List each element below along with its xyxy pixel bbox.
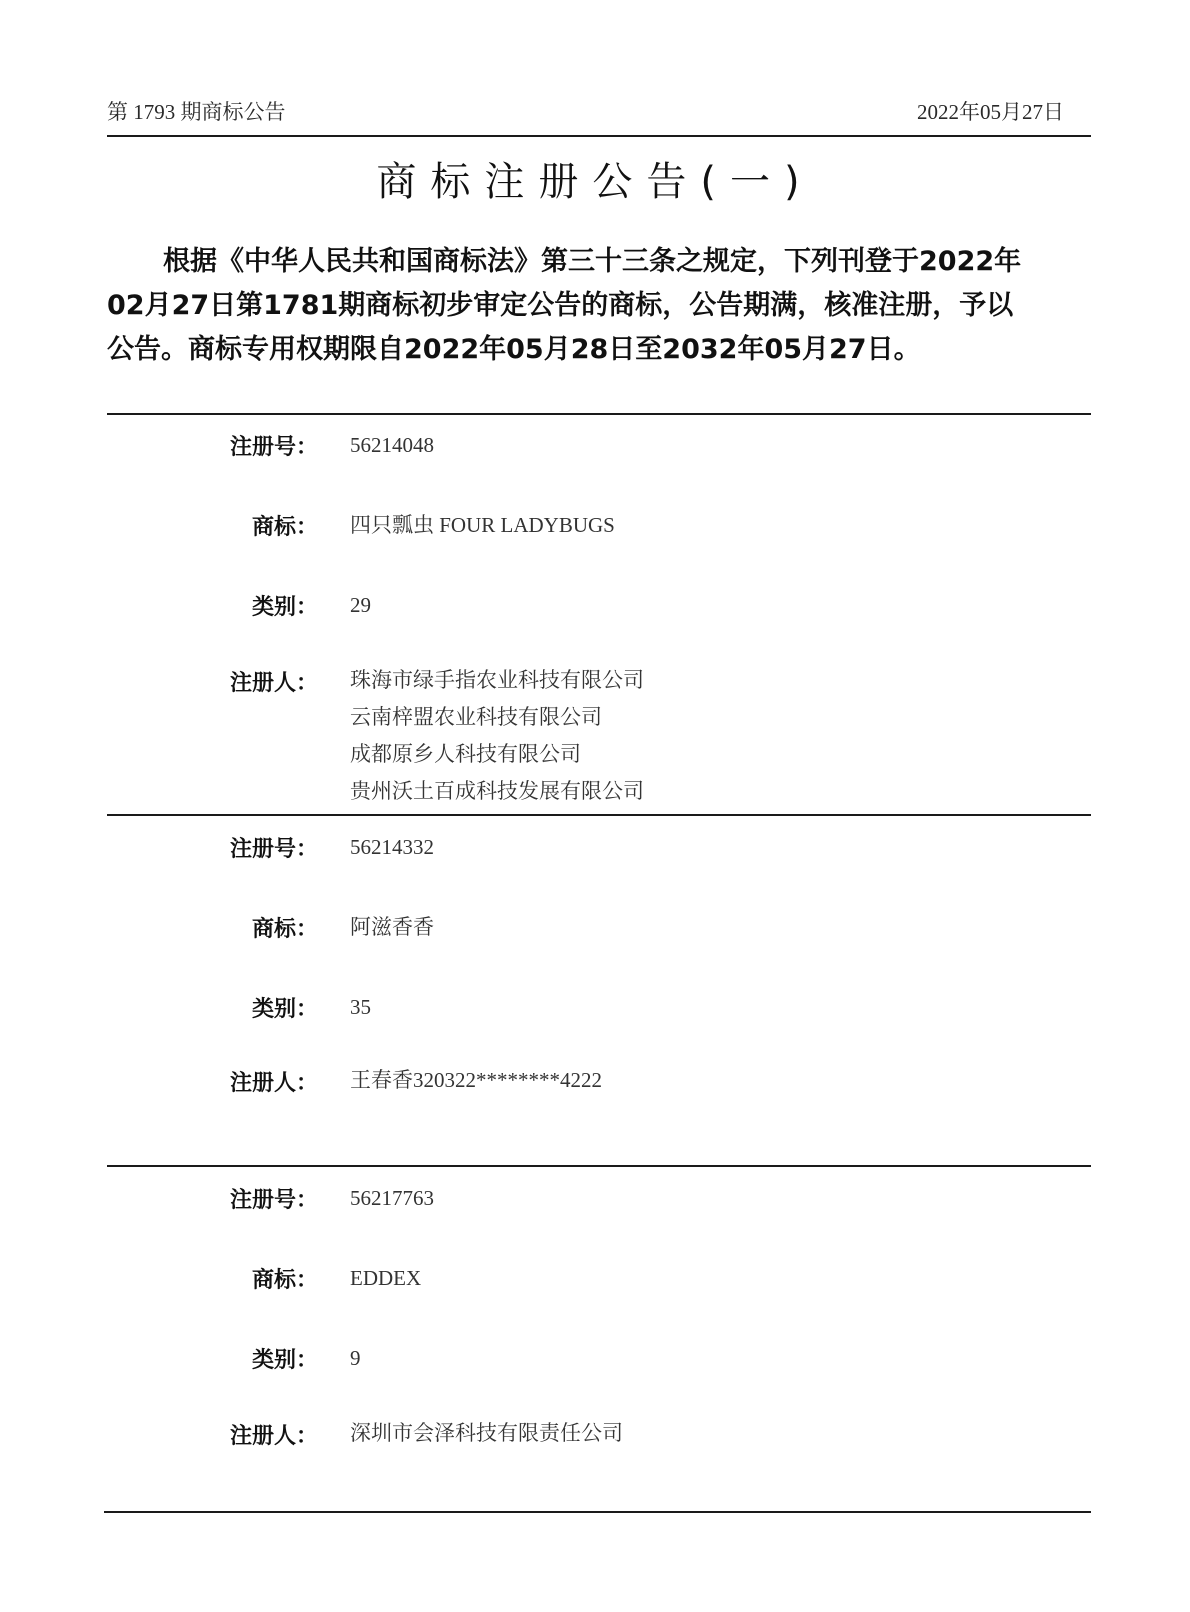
registrant-name: 珠海市绿手指农业科技有限公司: [350, 662, 644, 699]
registrant-name: 深圳市会泽科技有限责任公司: [350, 1415, 623, 1452]
class-value: 29: [350, 587, 371, 624]
reg-no-label: 注册号：: [168, 832, 318, 863]
intro-line-3: 公告。商标专用权期限自2022年05月28日至2032年05月27日。: [107, 328, 1091, 372]
header-divider: [107, 135, 1091, 137]
page-bottom-divider: [104, 1511, 1091, 1513]
intro-line-2: 02月27日第1781期商标初步审定公告的商标，公告期满，核准注册，予以: [107, 284, 1091, 328]
reg-no-value: 56217763: [350, 1180, 434, 1217]
entry-divider: [107, 1165, 1091, 1167]
reg-no-value: 56214048: [350, 427, 434, 464]
intro-line-1: 根据《中华人民共和国商标法》第三十三条之规定，下列刊登于2022年: [107, 240, 1091, 284]
intro-paragraph: 根据《中华人民共和国商标法》第三十三条之规定，下列刊登于2022年 02月27日…: [107, 240, 1091, 372]
registrant-label: 注册人：: [168, 1066, 318, 1097]
entry-divider: [107, 814, 1091, 816]
class-label: 类别：: [168, 992, 318, 1023]
registrant-name: 王春香320322********4222: [350, 1062, 602, 1099]
class-value: 35: [350, 989, 371, 1026]
entry-divider: [107, 413, 1091, 415]
mark-value: 阿滋香香: [350, 909, 434, 946]
issue-date: 2022年05月27日: [917, 96, 1064, 126]
registrant-list: 王春香320322********4222: [350, 1062, 602, 1099]
mark-label: 商标：: [168, 912, 318, 943]
registrant-list: 深圳市会泽科技有限责任公司: [350, 1415, 623, 1452]
registrant-name: 成都原乡人科技有限公司: [350, 736, 644, 773]
class-label: 类别：: [168, 590, 318, 621]
registrant-label: 注册人：: [168, 666, 318, 697]
class-value: 9: [350, 1340, 361, 1377]
registrant-name: 云南梓盟农业科技有限公司: [350, 699, 644, 736]
mark-value: 四只瓢虫 FOUR LADYBUGS: [350, 507, 615, 544]
mark-label: 商标：: [168, 1263, 318, 1294]
registrant-list: 珠海市绿手指农业科技有限公司 云南梓盟农业科技有限公司 成都原乡人科技有限公司 …: [350, 662, 644, 810]
reg-no-label: 注册号：: [168, 430, 318, 461]
reg-no-label: 注册号：: [168, 1183, 318, 1214]
registrant-label: 注册人：: [168, 1419, 318, 1450]
page-title: 商标注册公告(一): [0, 150, 1190, 207]
registrant-name: 贵州沃土百成科技发展有限公司: [350, 773, 644, 810]
issue-number: 第 1793 期商标公告: [107, 96, 286, 126]
class-label: 类别：: [168, 1343, 318, 1374]
reg-no-value: 56214332: [350, 829, 434, 866]
mark-label: 商标：: [168, 510, 318, 541]
mark-value: EDDEX: [350, 1260, 421, 1297]
